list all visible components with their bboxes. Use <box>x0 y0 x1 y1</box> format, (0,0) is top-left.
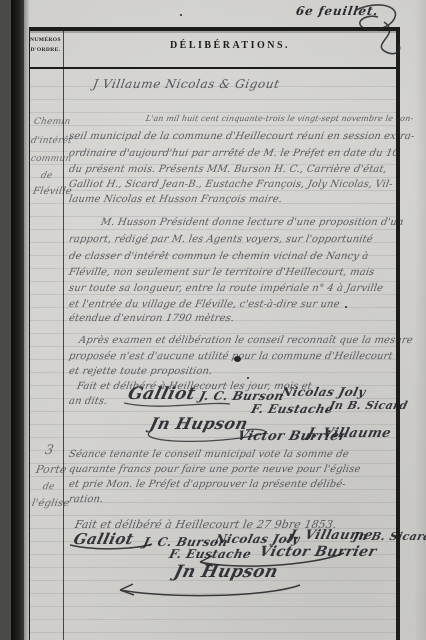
folio-note: 6e feuillet. <box>295 4 380 18</box>
handwritten-sig-line: F. Eustache <box>168 548 253 560</box>
handwritten-margin-line: d'intérêt <box>30 137 72 146</box>
table-border-right <box>396 27 400 640</box>
handwritten-body-line: Fléville, non seulement sur le territoir… <box>68 268 375 278</box>
handwritten-body-line: de classer d'intérêt commun le chemin vi… <box>68 252 369 262</box>
handwritten-margin-line: 3 <box>44 444 55 457</box>
ink-speck <box>180 14 182 16</box>
handwritten-body-line: Séance tenante le conseil municipal vote… <box>68 450 349 460</box>
handwritten-body-line: et l'entrée du village de Fléville, c'es… <box>68 300 340 310</box>
handwritten-sig-line: Nicolas Joly <box>280 386 367 398</box>
order-column-header: NUMÉROS D'ORDRE. <box>28 33 63 53</box>
handwritten-body-line: Après examen et délibération le conseil … <box>78 336 413 346</box>
ink-speck <box>247 377 249 379</box>
handwritten-body-line: quarante francs pour faire une porte neu… <box>68 465 361 475</box>
handwritten-body-line: an dits. <box>68 397 108 407</box>
handwritten-sig-line: F. Eustache <box>250 403 335 415</box>
handwritten-body-line: Galliot H., Sicard Jean-B., Eustache Fra… <box>68 180 393 190</box>
register-paper: NUMÉROS D'ORDRE. DÉLIBÉRATIONS. 6e feuil… <box>0 0 426 640</box>
handwritten-body-line: proposée n'est d'aucune utilité pour la … <box>68 352 393 362</box>
handwritten-body-line: L'an mil huit cent cinquante-trois le vi… <box>145 115 414 123</box>
order-header-line2: D'ORDRE. <box>28 47 63 53</box>
handwritten-sig-line: Jn Hupson <box>148 416 250 432</box>
order-column-divider <box>63 31 64 640</box>
handwritten-margin-line: commun <box>30 155 72 164</box>
handwritten-sig-line: Jn Hupson <box>172 564 280 581</box>
handwritten-body-line: étendue d'environ 1790 mètres. <box>68 314 235 324</box>
handwritten-margin-line: l'église <box>31 499 70 509</box>
handwritten-body-line: ration. <box>68 495 104 505</box>
handwritten-body-line: et prie Mon. le Préfet d'approuver la pr… <box>68 480 346 490</box>
handwritten-title-line: J Villaume Nicolas & Gigout <box>92 78 281 90</box>
ink-blot <box>234 356 241 362</box>
handwritten-margin-line: de <box>42 483 55 492</box>
handwritten-sig-line: Victor Burrier <box>258 545 378 559</box>
photo-backdrop <box>0 0 11 640</box>
book-binding-shadow <box>11 0 24 640</box>
handwritten-body-line: ordinaire d'aujourd'hui par arrêté de M.… <box>68 149 400 159</box>
handwritten-body-line: M. Husson Président donne lecture d'une … <box>100 218 404 228</box>
order-header-line1: NUMÉROS <box>28 37 63 43</box>
handwritten-sig-line: J. Villaume <box>306 427 392 440</box>
handwritten-margin-line: de <box>40 172 53 181</box>
handwritten-body-line: sur toute sa longueur, entre la route im… <box>68 284 384 294</box>
handwritten-sig-line: Galliot <box>72 532 135 547</box>
handwritten-margin-line: Chemin <box>33 118 71 127</box>
handwritten-body-line: du présent mois. Présents MM. Burson H. … <box>68 165 388 175</box>
handwritten-sig-line: Galliot <box>126 386 197 403</box>
header-underline <box>28 67 398 69</box>
handwritten-body-line: rapport, rédigé par M. les Agents voyers… <box>68 235 373 245</box>
scanned-register-page: NUMÉROS D'ORDRE. DÉLIBÉRATIONS. 6e feuil… <box>0 0 426 640</box>
handwritten-body-line: seil municipal de la commune d'Heillecou… <box>68 132 415 142</box>
page-edge <box>24 0 29 640</box>
handwritten-body-line: et rejette toute proposition. <box>68 367 213 377</box>
ink-speck <box>345 306 347 308</box>
handwritten-body-line: laume Nicolas et Husson François maire. <box>68 195 283 205</box>
deliberations-header: DÉLIBÉRATIONS. <box>64 40 396 51</box>
handwritten-margin-line: Fléville <box>32 187 73 197</box>
handwritten-sig-line: J. C. Burson <box>198 390 285 402</box>
table-border-top <box>27 27 400 31</box>
page-right-shadow <box>414 0 426 640</box>
